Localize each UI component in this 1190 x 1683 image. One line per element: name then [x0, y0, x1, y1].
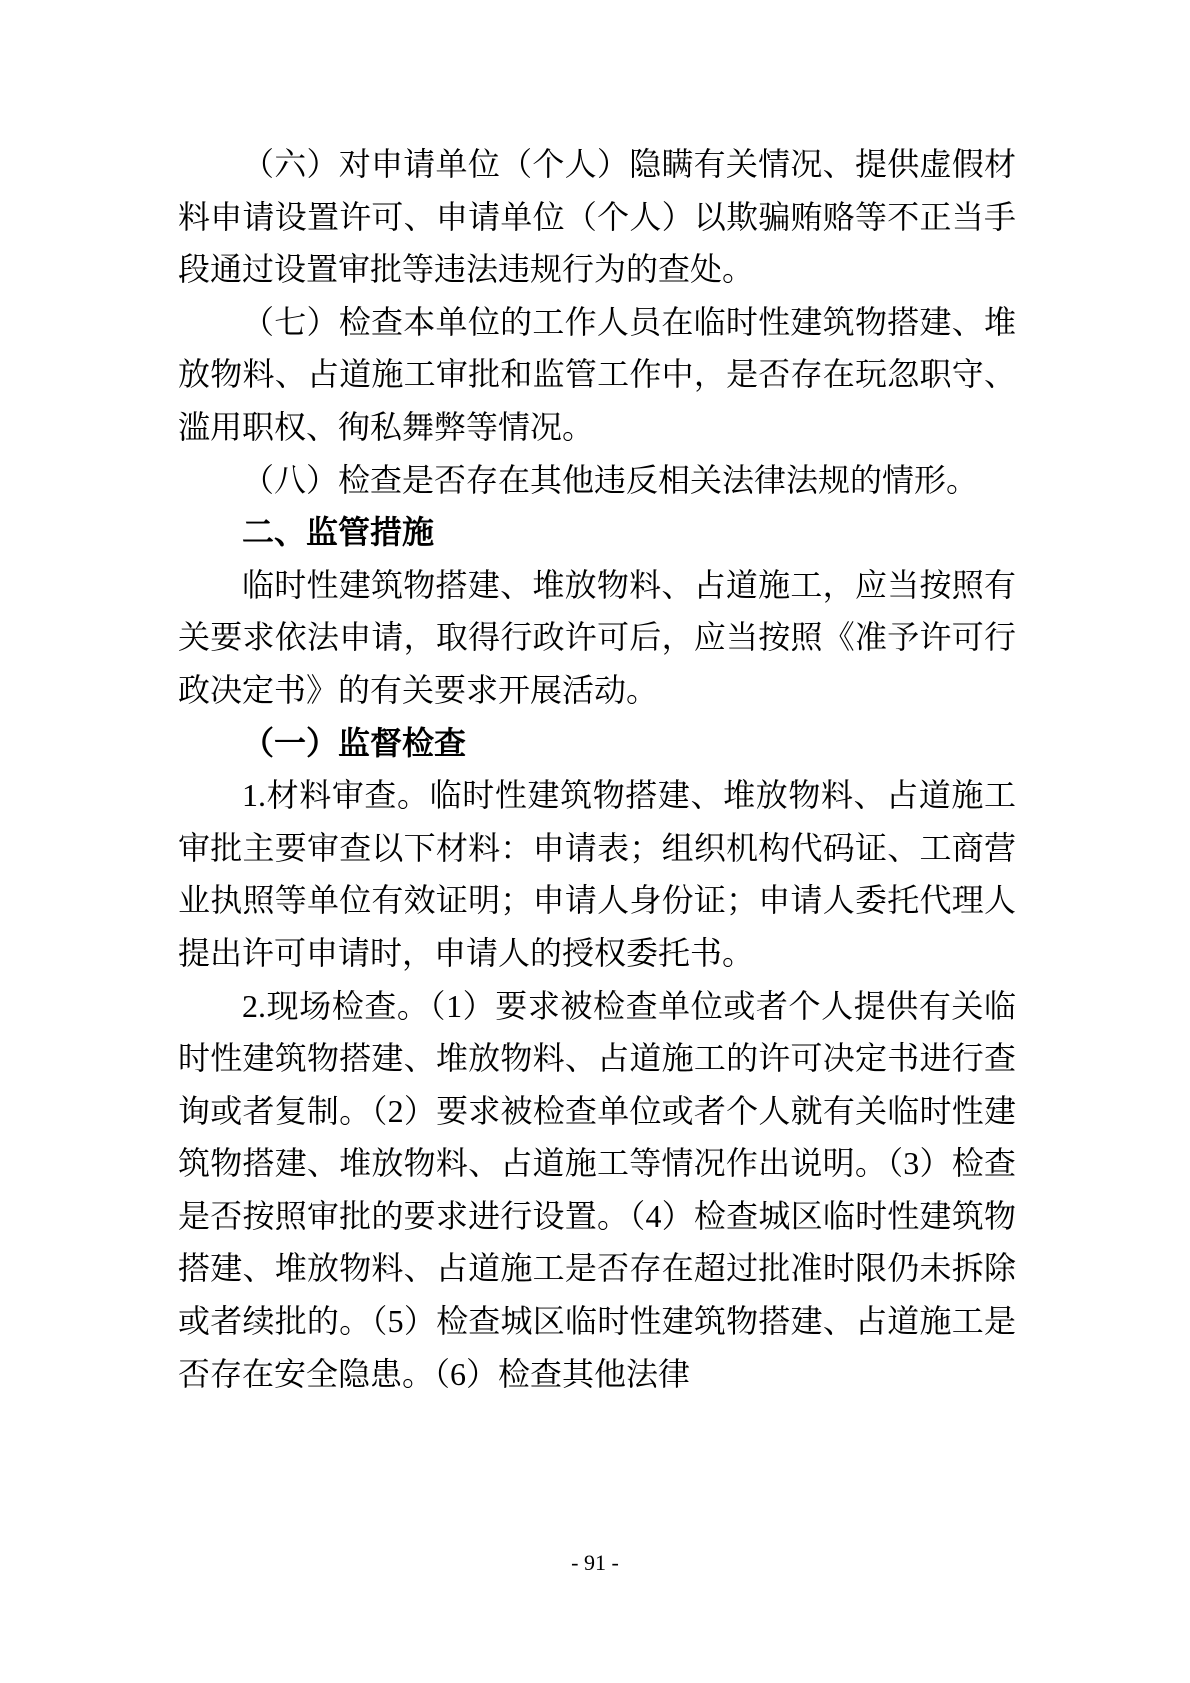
- section-heading: （一）监督检查: [178, 717, 1016, 770]
- page-number: - 91 -: [0, 1548, 1190, 1578]
- section-heading: 二、监管措施: [178, 506, 1016, 559]
- body-paragraph: （八）检查是否存在其他违反相关法律法规的情形。: [178, 454, 1016, 507]
- body-paragraph: 2.现场检查。（1）要求被检查单位或者个人提供有关临时性建筑物搭建、堆放物料、占…: [178, 980, 1016, 1401]
- document-page: （六）对申请单位（个人）隐瞒有关情况、提供虚假材料申请设置许可、申请单位（个人）…: [0, 0, 1190, 1683]
- body-paragraph: （六）对申请单位（个人）隐瞒有关情况、提供虚假材料申请设置许可、申请单位（个人）…: [178, 138, 1016, 296]
- body-paragraph: 1.材料审查。临时性建筑物搭建、堆放物料、占道施工审批主要审查以下材料：申请表；…: [178, 769, 1016, 979]
- body-paragraph: 临时性建筑物搭建、堆放物料、占道施工，应当按照有关要求依法申请，取得行政许可后，…: [178, 559, 1016, 717]
- body-paragraph: （七）检查本单位的工作人员在临时性建筑物搭建、堆放物料、占道施工审批和监管工作中…: [178, 296, 1016, 454]
- document-body: （六）对申请单位（个人）隐瞒有关情况、提供虚假材料申请设置许可、申请单位（个人）…: [178, 138, 1016, 1400]
